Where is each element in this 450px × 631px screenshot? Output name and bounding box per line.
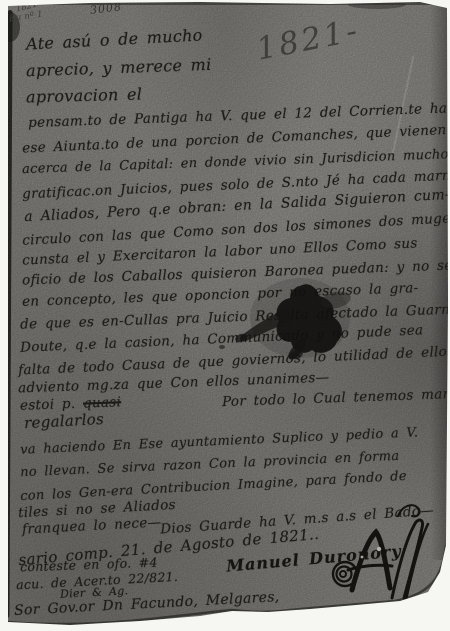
scanned-manuscript-page: 1821 Bu nº 1 3008 1821- Ate asú o de muc… — [0, 0, 450, 631]
paper-sheet: 1821 Bu nº 1 3008 1821- Ate asú o de muc… — [0, 0, 450, 631]
paper-grain — [0, 0, 450, 631]
